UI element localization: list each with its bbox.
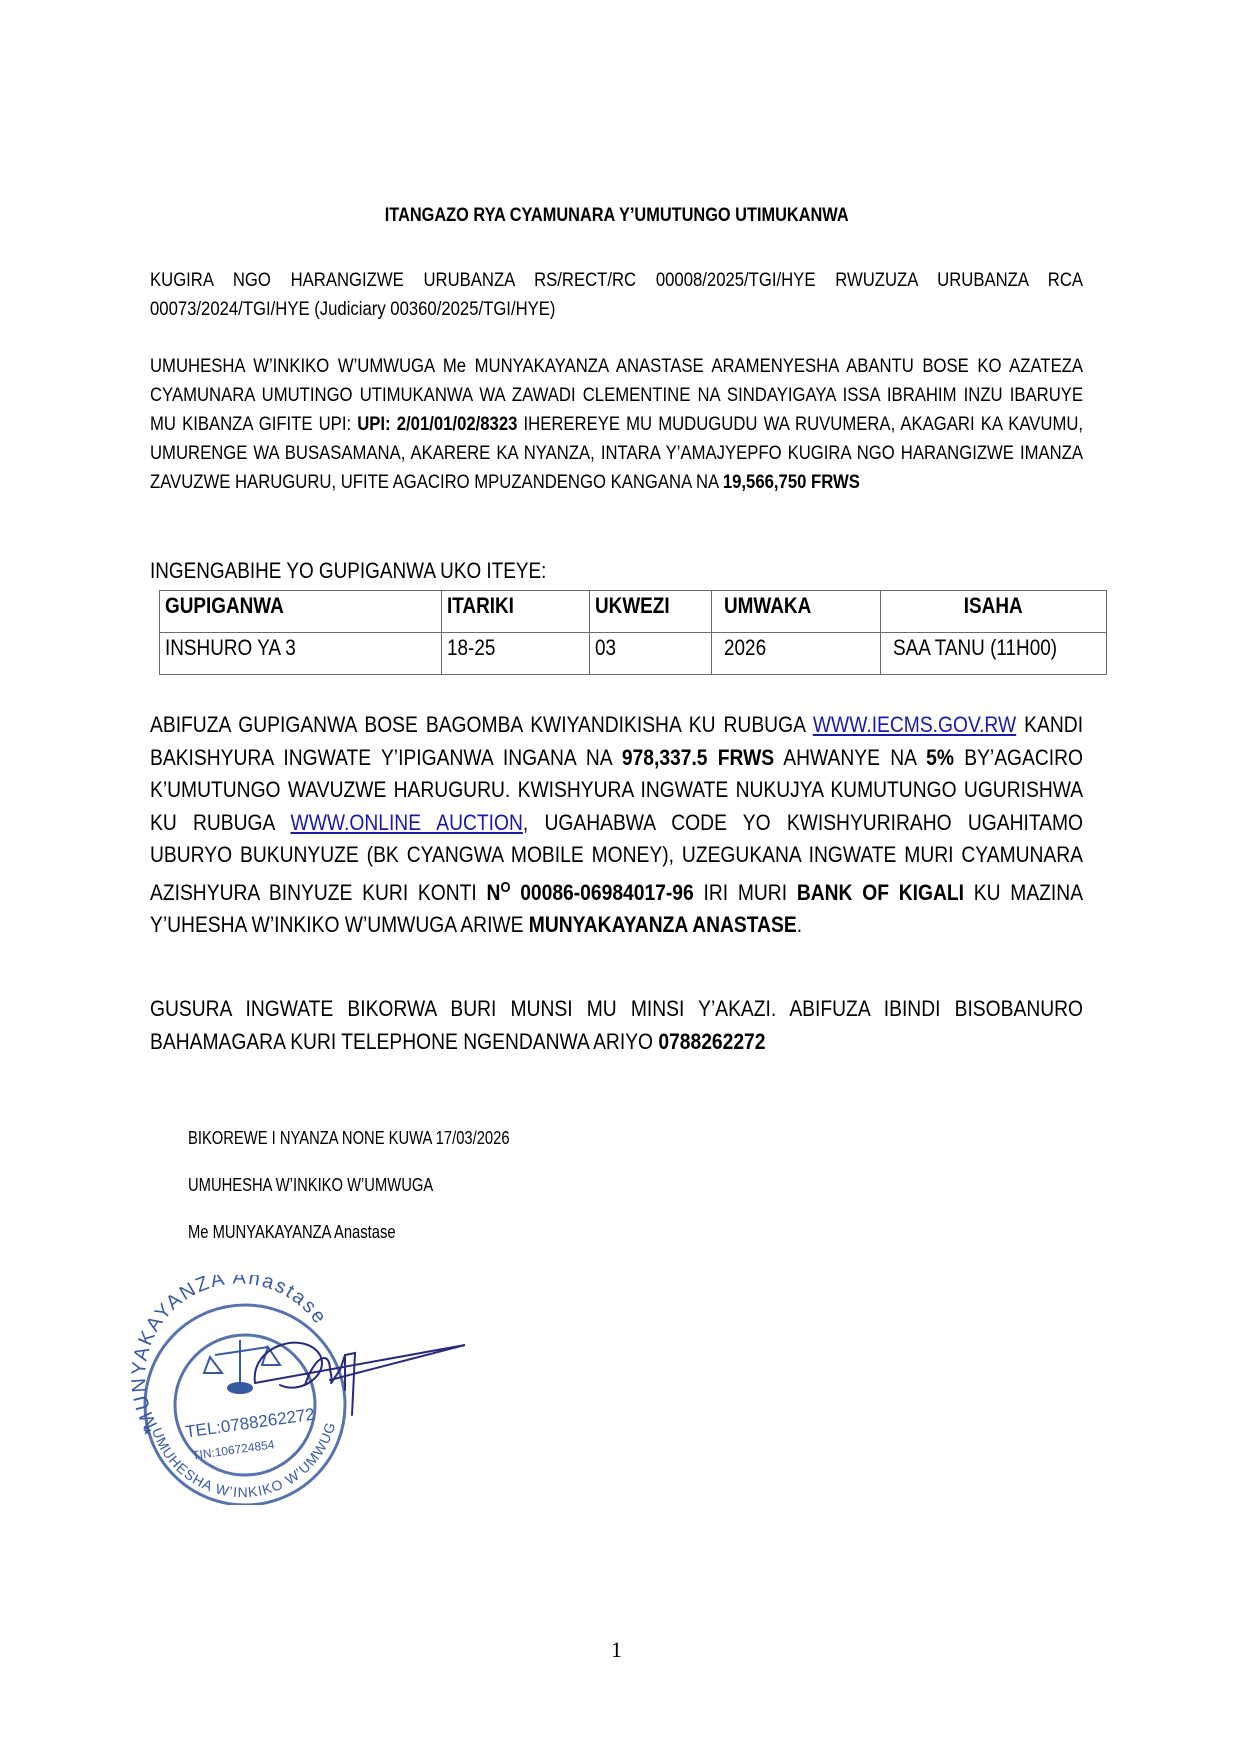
cell-gupiganwa: INSHURO YA 3 [160,633,442,675]
contact-phone: 0788262272 [658,1029,765,1054]
deposit-percent: 5% [926,745,954,770]
stamp-tel: TEL:0788262272 [184,1405,316,1442]
paragraph-case-reference: KUGIRA NGO HARANGIZWE URUBANZA RS/RECT/R… [150,266,1083,324]
cell-ukwezi: 03 [590,633,712,675]
official-stamp: MUNYAKAYANZA Anastase UMUHESHA W’INKIKO … [130,1275,470,1505]
page-number: 1 [0,1637,1233,1663]
paragraph-registration: ABIFUZA GUPIGANWA BOSE BAGOMBA KWIYANDIK… [150,709,1083,942]
paragraph-contact: GUSURA INGWATE BIKORWA BURI MUNSI MU MIN… [150,993,1083,1058]
header-isaha: ISAHA [881,591,1107,633]
registration-text-f: IRI MURI [694,880,797,905]
cell-itariki: 18-25 [441,633,590,675]
deposit-amount: 978,337.5 FRWS [622,745,774,770]
registration-text-h: . [797,912,802,937]
scales-of-justice-icon [204,1340,280,1393]
registration-text-a: ABIFUZA GUPIGANWA BOSE BAGOMBA KWIYANDIK… [150,712,813,737]
account-number: 00086-06984017-96 [510,880,693,905]
account-prefix: N [487,880,501,905]
header-gupiganwa: GUPIGANWA [160,591,442,633]
account-holder: MUNYAKAYANZA ANASTASE [529,912,797,937]
account-sup: O [500,879,510,896]
header-itariki: ITARIKI [441,591,590,633]
document-title-text: ITANGAZO RYA CYAMUNARA Y’UMUTUNGO UTIMUK… [385,205,849,227]
signature-name: Me MUNYAKAYANZA Anastase [188,1222,396,1243]
contact-text: GUSURA INGWATE BIKORWA BURI MUNSI MU MIN… [150,996,1083,1054]
handwritten-signature [255,1343,465,1415]
registration-text-c: AHWANYE NA [774,745,926,770]
bank-name: BANK OF KIGALI [797,880,964,905]
header-ukwezi: UKWEZI [590,591,712,633]
stamp-tin: TIN:106724854 [191,1437,275,1462]
schedule-table: GUPIGANWA ITARIKI UKWEZI UMWAKA ISAHA IN… [159,590,1107,675]
cell-umwaka: 2026 [712,633,881,675]
table-row: INSHURO YA 3 18-25 03 2026 SAA TANU (11H… [160,633,1107,675]
stamp-star-icon: ★ [142,1424,153,1438]
iecms-link[interactable]: WWW.IECMS.GOV.RW [813,712,1016,737]
upi-code: UPI: 2/01/01/02/8323 [357,413,517,435]
signature-role: UMUHESHA W’INKIKO W’UMWUGA [188,1175,433,1196]
header-umwaka: UMWAKA [712,591,881,633]
document-title: ITANGAZO RYA CYAMUNARA Y’UMUTUNGO UTIMUK… [0,205,1233,227]
online-auction-link[interactable]: WWW.ONLINE AUCTION [291,810,523,835]
schedule-label: INGENGABIHE YO GUPIGANWA UKO ITEYE: [150,558,546,584]
signature-place-date: BIKOREWE I NYANZA NONE KUWA 17/03/2026 [188,1128,510,1149]
document-page: ITANGAZO RYA CYAMUNARA Y’UMUTUNGO UTIMUK… [0,0,1233,1744]
schedule-header-row: GUPIGANWA ITARIKI UKWEZI UMWAKA ISAHA [160,591,1107,633]
stamp-rings [145,1305,345,1505]
cell-isaha: SAA TANU (11H00) [881,633,1107,675]
property-value: 19,566,750 FRWS [723,471,860,493]
paragraph-auction-notice: UMUHESHA W’INKIKO W’UMWUGA Me MUNYAKAYAN… [150,352,1083,497]
